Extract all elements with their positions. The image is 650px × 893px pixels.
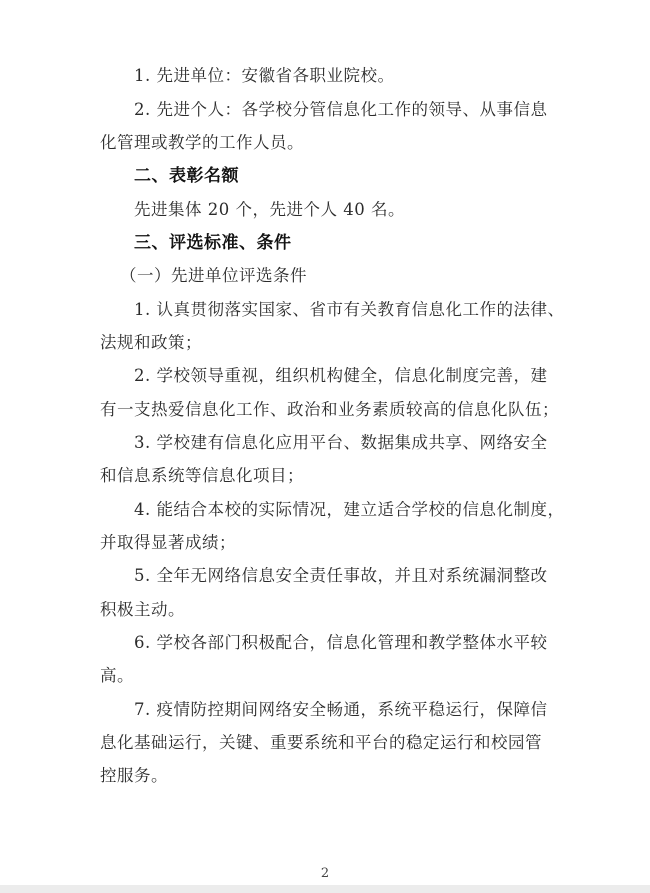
- paragraph-line: 7. 疫情防控期间网络安全畅通，系统平稳运行，保障信: [134, 700, 548, 720]
- section-heading: 三、评选标准、条件: [134, 233, 292, 253]
- page-bottom-edge: [0, 885, 650, 893]
- paragraph-line: 3. 学校建有信息化应用平台、数据集成共享、网络安全: [134, 433, 548, 453]
- paragraph-line: 先进集体 20 个，先进个人 40 名。: [134, 200, 405, 220]
- paragraph-line: 并取得显著成绩；: [100, 533, 236, 553]
- paragraph-line: 化管理或教学的工作人员。: [100, 133, 304, 153]
- paragraph-line: 2. 先进个人：各学校分管信息化工作的领导、从事信息: [134, 100, 548, 120]
- paragraph-line: 5. 全年无网络信息安全责任事故，并且对系统漏洞整改: [134, 566, 548, 586]
- paragraph-line: 控服务。: [100, 766, 168, 786]
- section-heading: 二、表彰名额: [134, 166, 239, 186]
- page-number: 2: [0, 866, 650, 881]
- paragraph-line: 积极主动。: [100, 600, 185, 620]
- paragraph-line: 有一支热爱信息化工作、政治和业务素质较高的信息化队伍；: [100, 400, 559, 420]
- paragraph-line: 高。: [100, 666, 134, 686]
- paragraph-line: 和信息系统等信息化项目；: [100, 466, 304, 486]
- subsection-heading: （一）先进单位评选条件: [120, 266, 307, 286]
- paragraph-line: 法规和政策；: [100, 333, 202, 353]
- paragraph-line: 息化基础运行，关键、重要系统和平台的稳定运行和校园管: [100, 733, 542, 753]
- paragraph-line: 4. 能结合本校的实际情况，建立适合学校的信息化制度，: [134, 500, 565, 520]
- paragraph-line: 2. 学校领导重视，组织机构健全，信息化制度完善，建: [134, 366, 548, 386]
- paragraph-line: 1. 认真贯彻落实国家、省市有关教育信息化工作的法律、: [134, 300, 565, 320]
- paragraph-line: 1. 先进单位：安徽省各职业院校。: [134, 66, 395, 86]
- paragraph-line: 6. 学校各部门积极配合，信息化管理和教学整体水平较: [134, 633, 548, 653]
- document-page: 1. 先进单位：安徽省各职业院校。 2. 先进个人：各学校分管信息化工作的领导、…: [0, 0, 650, 885]
